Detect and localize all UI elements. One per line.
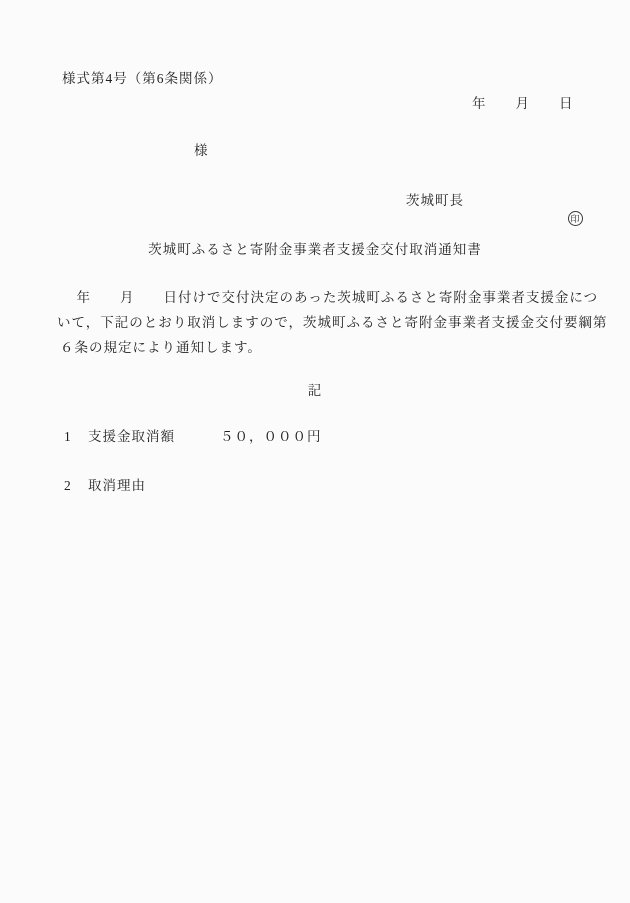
document-page: 様式第4号（第6条関係） 年 月 日 様 茨城町長 印 茨城町ふるさと寄附金事業… bbox=[0, 0, 630, 903]
item-number: 2 bbox=[64, 477, 72, 494]
issuer-name: 茨城町長 bbox=[406, 192, 464, 209]
item-label: 取消理由 bbox=[88, 477, 146, 494]
body-paragraph-line: ６条の規定により通知します。 bbox=[60, 339, 262, 356]
item-number: 1 bbox=[64, 428, 72, 445]
body-paragraph-line: いて，下記のとおり取消しますので，茨城町ふるさと寄附金事業者支援金交付要綱第 bbox=[57, 314, 607, 331]
form-number: 様式第4号（第6条関係） bbox=[62, 70, 223, 87]
date-line: 年 月 日 bbox=[472, 95, 574, 112]
document-title: 茨城町ふるさと寄附金事業者支援金交付取消通知書 bbox=[0, 241, 630, 258]
item-row-cancel-reason: 2 取消理由 bbox=[0, 477, 630, 495]
ki-marker: 記 bbox=[0, 382, 630, 399]
body-paragraph-line: 年 月 日付けで交付決定のあった茨城町ふるさと寄附金事業者支援金につ bbox=[62, 289, 598, 306]
seal-mark: 印 bbox=[550, 192, 583, 243]
item-value: ５０，０００円 bbox=[220, 428, 322, 445]
item-row-cancel-amount: 1 支援金取消額 ５０，０００円 bbox=[0, 428, 630, 446]
addressee-label: 様 bbox=[194, 142, 209, 159]
item-label: 支援金取消額 bbox=[88, 428, 175, 445]
seal-icon: 印 bbox=[568, 211, 583, 226]
